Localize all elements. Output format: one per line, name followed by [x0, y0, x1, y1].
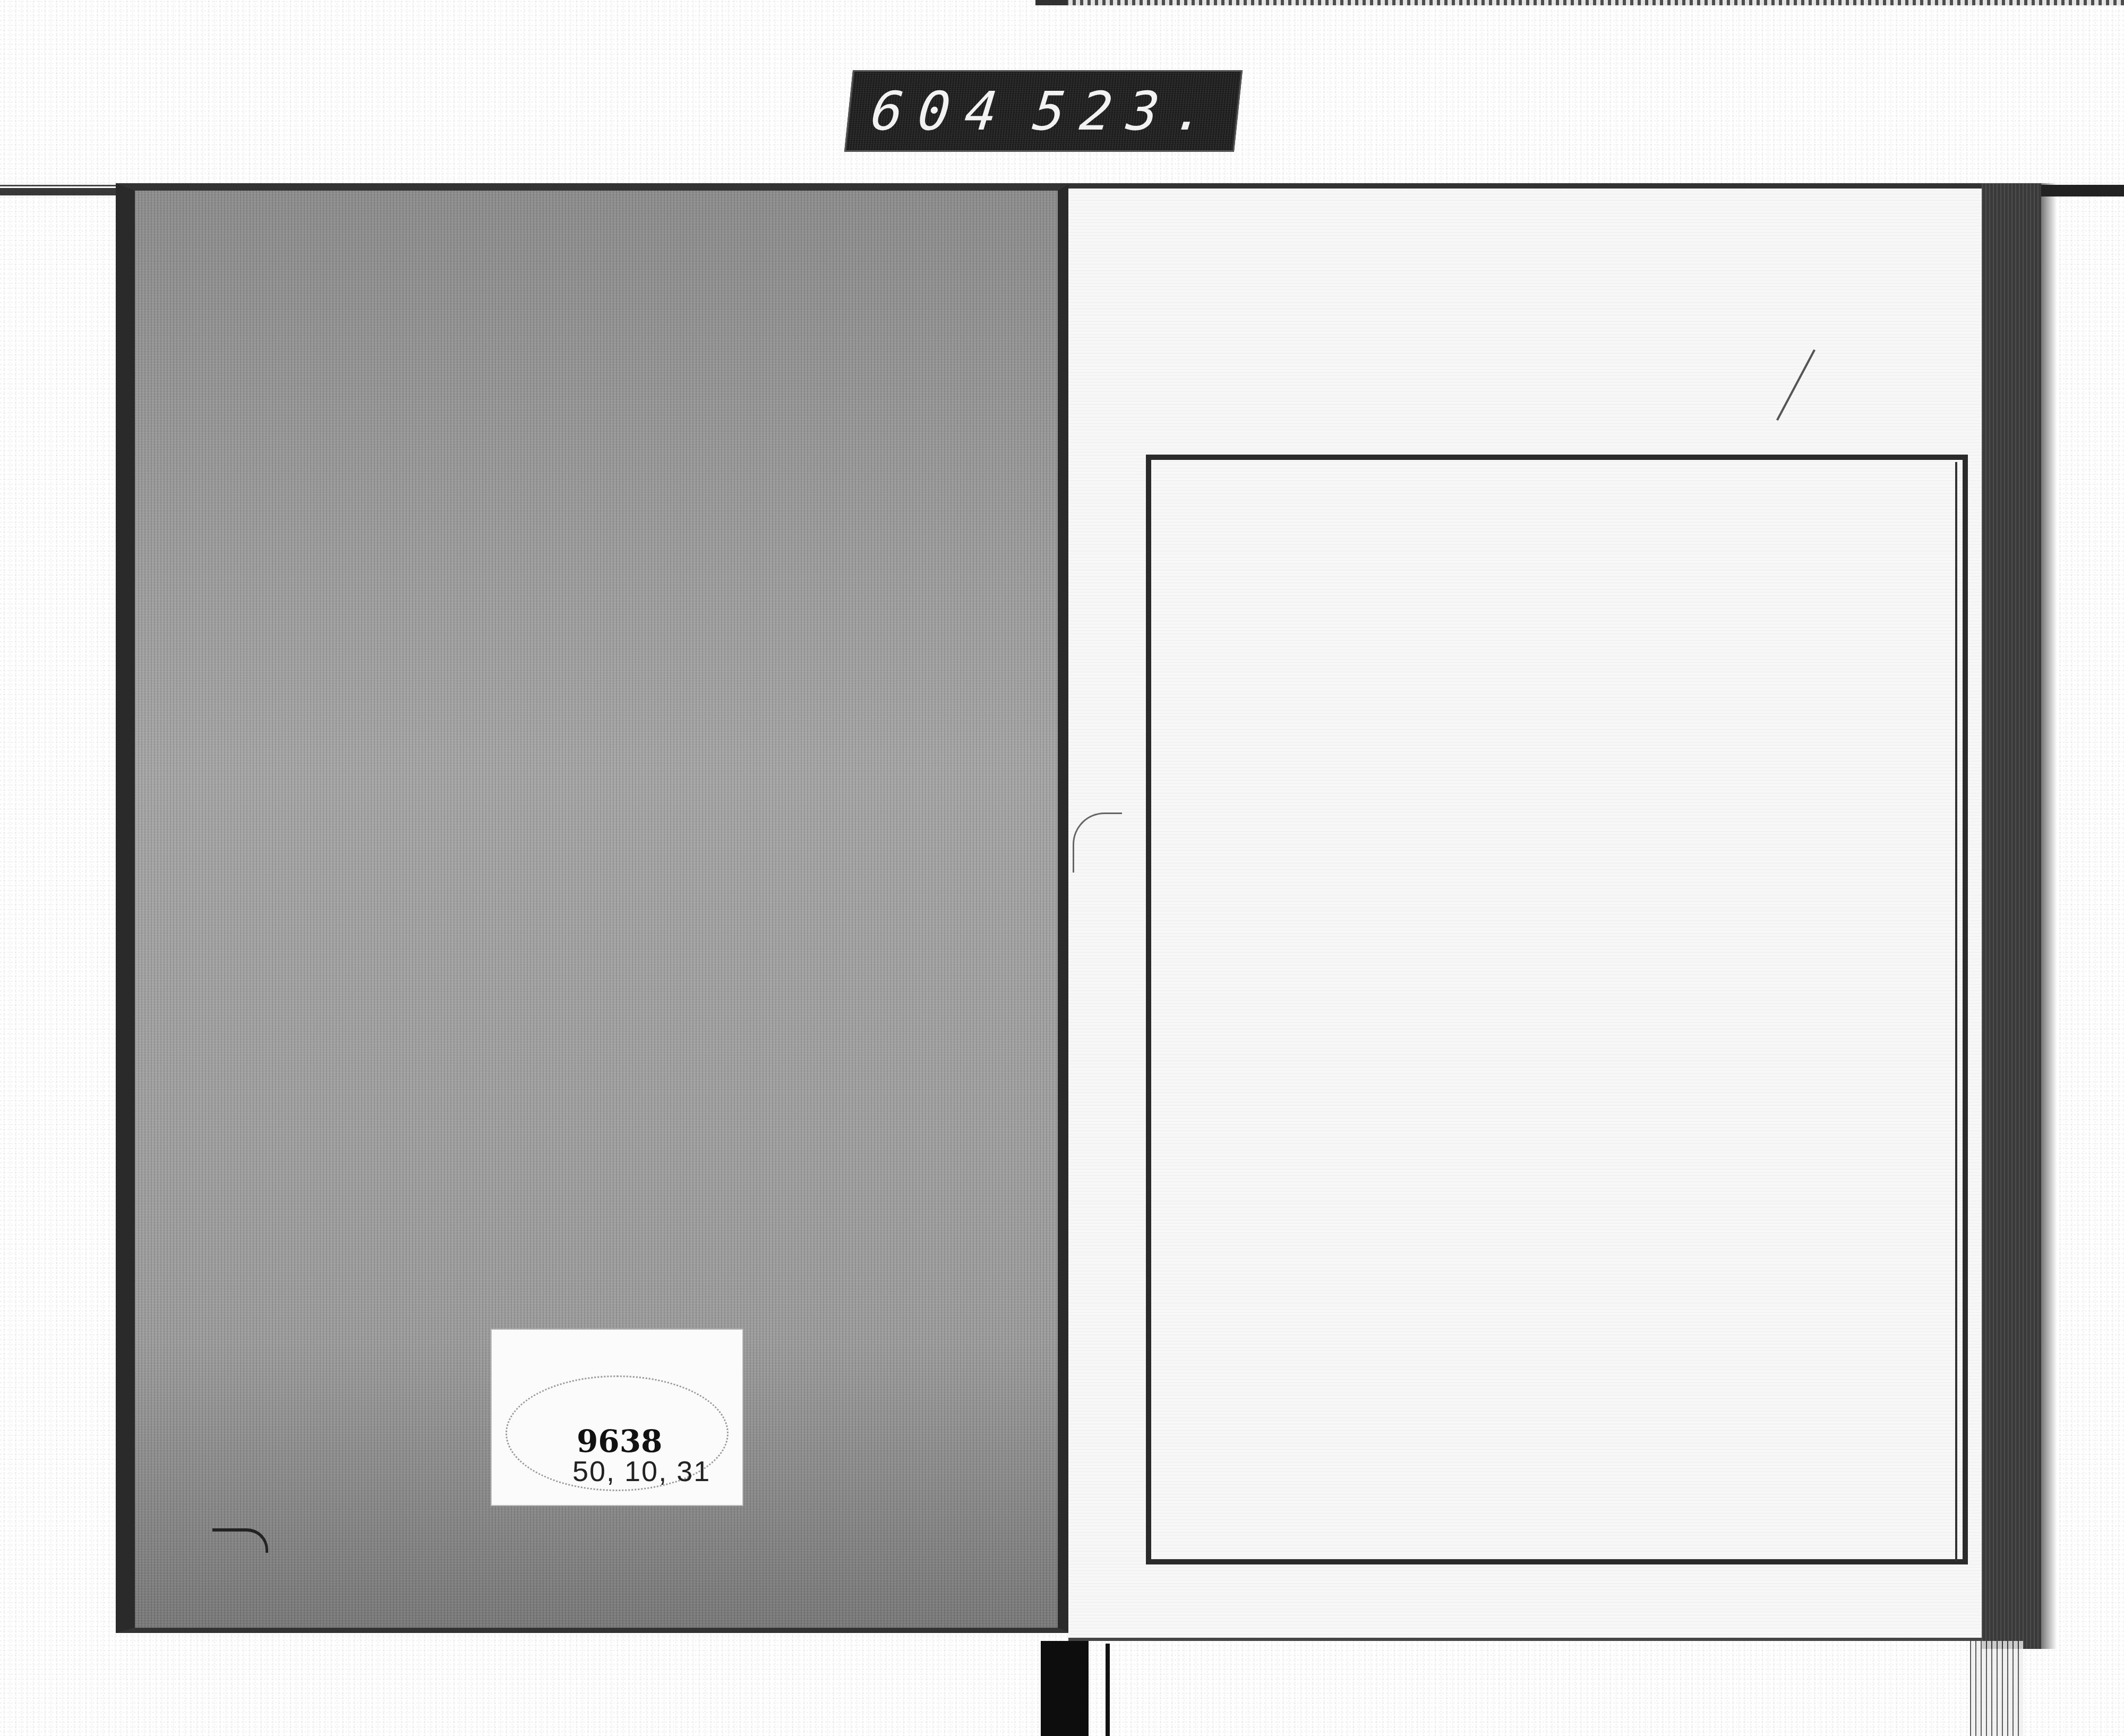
spine-shadow-edge — [2041, 183, 2057, 1649]
accession-label: 9638 50, 10, 31 — [491, 1329, 743, 1506]
frame-counter-right: 523. — [1030, 80, 1224, 142]
page-stack-edges — [1970, 1641, 2023, 1736]
gutter-shadow — [1041, 1641, 1089, 1736]
accession-date: 50, 10, 31 — [572, 1455, 710, 1488]
book-spine — [1982, 183, 2041, 1649]
printed-border-frame — [1146, 455, 1968, 1564]
artifact-block — [1035, 0, 1067, 5]
top-scan-artifact — [1035, 0, 2124, 5]
frame-inner-rule — [1955, 462, 1957, 1561]
gutter-rule — [1106, 1644, 1110, 1736]
accession-number: 9638 — [577, 1423, 662, 1459]
frame-counter-left: 604 — [868, 80, 1015, 142]
film-edge-line-right — [2041, 185, 2124, 196]
frame-counter: 604 523. — [844, 70, 1243, 152]
